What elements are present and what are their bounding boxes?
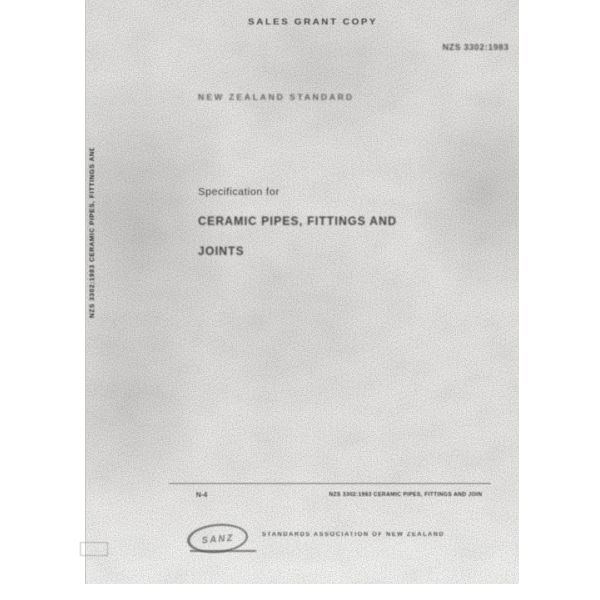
- sanz-logo-underline: [190, 550, 256, 552]
- footer-reference: NZS 3302:1983 CERAMIC PIPES, FITTINGS AN…: [329, 492, 482, 498]
- publisher-name: STANDARDS ASSOCIATION OF NEW ZEALAND: [262, 532, 445, 538]
- footer-price-code: N-4: [196, 492, 207, 499]
- spine-text: NZS 3302:1983 CERAMIC PIPES, FITTINGS AN…: [89, 148, 96, 318]
- sales-stamp: SALES GRANT COPY: [248, 18, 378, 28]
- footer-rule: [169, 483, 491, 484]
- series-label: NEW ZEALAND STANDARD: [198, 92, 354, 102]
- scanned-document-canvas: SALES GRANT COPY NZS 3302:1983 NEW ZEALA…: [0, 0, 600, 600]
- title-line-2: JOINTS: [198, 246, 244, 258]
- document-page: SALES GRANT COPY NZS 3302:1983 NEW ZEALA…: [85, 0, 519, 584]
- title-line-1: CERAMIC PIPES, FITTINGS AND: [198, 216, 397, 228]
- sanz-logo-text: SANZ: [201, 532, 234, 545]
- scan-corner-artifact: [80, 542, 108, 556]
- standard-designation: NZS 3302:1983: [404, 42, 509, 52]
- title-prefix: Specification for: [198, 186, 280, 198]
